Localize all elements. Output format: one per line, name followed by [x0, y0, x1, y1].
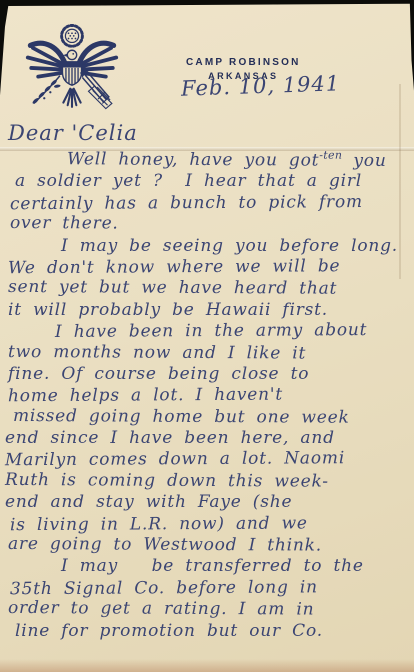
letter-line: it will probably be Hawaii first.: [5, 300, 414, 321]
letter-line: home helps a lot. I haven't: [5, 384, 414, 408]
letter-line: sent yet but we have heard that: [5, 277, 414, 301]
letter-line: missed going home but one week: [5, 406, 414, 430]
letter-line: I may be transferred to the: [5, 556, 414, 577]
letter-line: two months now and I like it: [5, 341, 414, 365]
letter-line: is living in L.R. now) and we: [5, 512, 414, 536]
letter-line: I may be seeing you before long.: [5, 236, 414, 257]
letter-paper: CAMP ROBINSON ARKANSAS Feb. 10, 1941 Dea…: [0, 0, 414, 672]
salutation: Dear 'Celia: [8, 121, 138, 145]
letter-line: Ruth is coming down this week-: [5, 470, 414, 494]
letter-line: over there.: [5, 213, 414, 237]
army-eagle-emblem-icon: [20, 18, 124, 130]
letter-line: 35th Signal Co. before long in: [5, 577, 414, 601]
letter-line: I have been in the army about: [5, 320, 414, 344]
letter-line: end and stay with Faye (she: [5, 492, 414, 513]
letter-body: Well honey, have you got-ten youa soldie…: [5, 150, 414, 642]
letter-line: order to get a rating. I am in: [5, 598, 414, 622]
letter-line: Marilyn comes down a lot. Naomi: [5, 448, 414, 472]
letter-line: line for promotion but our Co.: [5, 621, 414, 642]
letter-date: Feb. 10, 1941: [181, 71, 341, 101]
inserted-word: -ten: [319, 149, 342, 162]
letter-line: Well honey, have you got-ten you: [5, 149, 414, 173]
scanned-letter: CAMP ROBINSON ARKANSAS Feb. 10, 1941 Dea…: [0, 0, 414, 672]
letter-line: fine. Of course being close to: [5, 364, 414, 385]
paper-bottom-edge-shadow: [0, 659, 414, 672]
letter-line: We don't know where we will be: [5, 256, 414, 280]
letter-line: are going to Westwood I think.: [5, 534, 414, 558]
letter-line: a soldier yet ? I hear that a girl: [5, 171, 414, 192]
letterhead-camp-name: CAMP ROBINSON: [186, 57, 301, 68]
letter-line: certainly has a bunch to pick from: [5, 192, 414, 216]
letter-line: end since I have been here, and: [5, 428, 414, 449]
